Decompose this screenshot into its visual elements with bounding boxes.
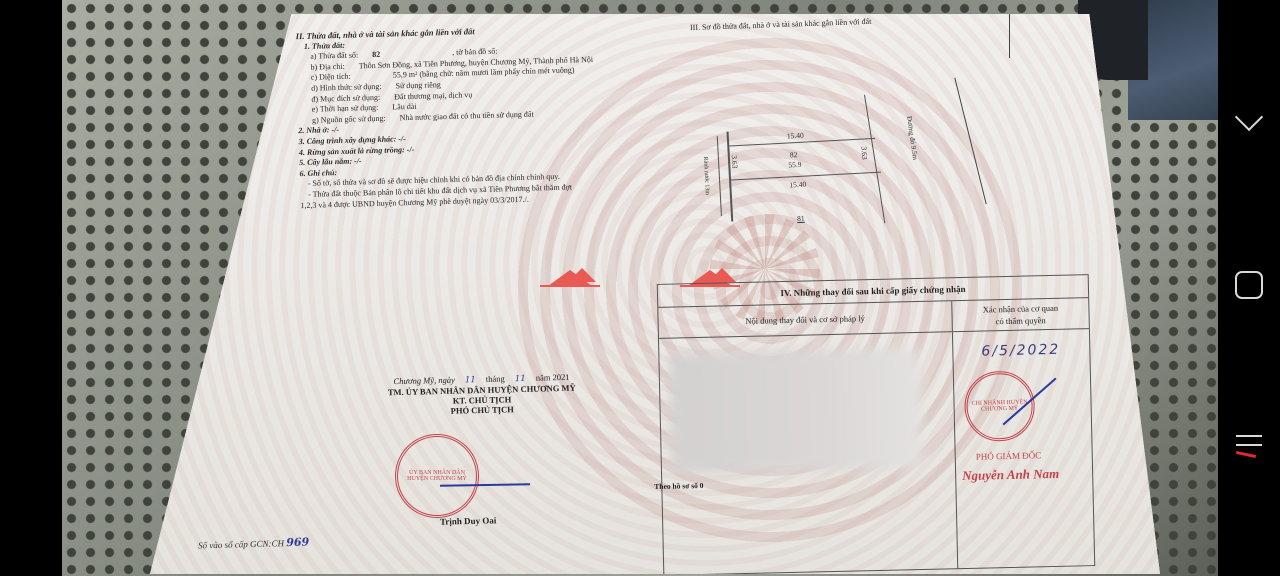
signer-name: Trịnh Duy Oai: [440, 515, 497, 526]
red-official-stamp: ỦY BAN NHÂN DÂN HUYỆN CHƯƠNG MỸ: [395, 434, 479, 518]
blurred-content: [669, 348, 922, 474]
signing-block: Chương Mỹ, ngày 11 tháng 11 năm 2021 TM.…: [388, 372, 577, 418]
sign-month: 11: [515, 374, 526, 384]
parcel-number-label: 82: [790, 150, 798, 159]
left-width-label: 3.63: [730, 155, 740, 169]
neighbor-parcel-label: 81: [797, 214, 805, 223]
navigation-panel: [1218, 0, 1280, 576]
certificate-registry-number: Số vào sổ cấp GCN:CH 969: [198, 535, 310, 551]
house-logo-watermark: [540, 268, 600, 290]
handwritten-signature: [440, 483, 530, 487]
section-2-land-info: II. Thửa đất, nhà ở và tài sản khác gắn …: [296, 23, 597, 211]
parcel-area-label: 55.9: [788, 160, 802, 170]
left-black-bar: [0, 0, 62, 576]
chevron-down-icon[interactable]: [1218, 97, 1280, 147]
plot-diagram: 15.40 15.40 3.63 3.63 82 55.9 81 Rãnh nư…: [705, 86, 1045, 303]
hamburger-menu-icon[interactable]: [1218, 420, 1280, 470]
bottom-length-label: 15.40: [789, 180, 806, 190]
land-use-certificate: II. Thửa đất, nhà ở và tài sản khác gắn …: [150, 14, 1160, 574]
north-arrow: [1009, 14, 1010, 58]
registry-number: 969: [286, 535, 309, 549]
col-authority-confirm: Xác nhận của cơ quan có thẩm quyền: [952, 298, 1089, 331]
changes-table-row: Theo hồ sơ số 0 6/5/2022 CHI NHÁNH HUYỆN…: [659, 329, 1094, 575]
confirmation-date: 6/5/2022: [981, 342, 1060, 360]
top-length-label: 15.40: [787, 131, 804, 141]
parcel-number: 82: [372, 50, 380, 59]
changes-table: IV. Những thay đổi sau khi cấp giấy chứn…: [657, 274, 1096, 576]
confirm-signer-name: Nguyễn Anh Nam: [962, 466, 1059, 484]
sign-day: 11: [465, 375, 476, 385]
left-side-label: Rãnh nước 13m: [702, 156, 710, 195]
dossier-reference: Theo hồ sơ số 0: [654, 481, 703, 491]
home-button-icon[interactable]: [1218, 260, 1280, 310]
right-width-label: 3.63: [860, 146, 870, 160]
confirm-signer-title: PHÓ GIÁM ĐỐC: [976, 450, 1042, 461]
